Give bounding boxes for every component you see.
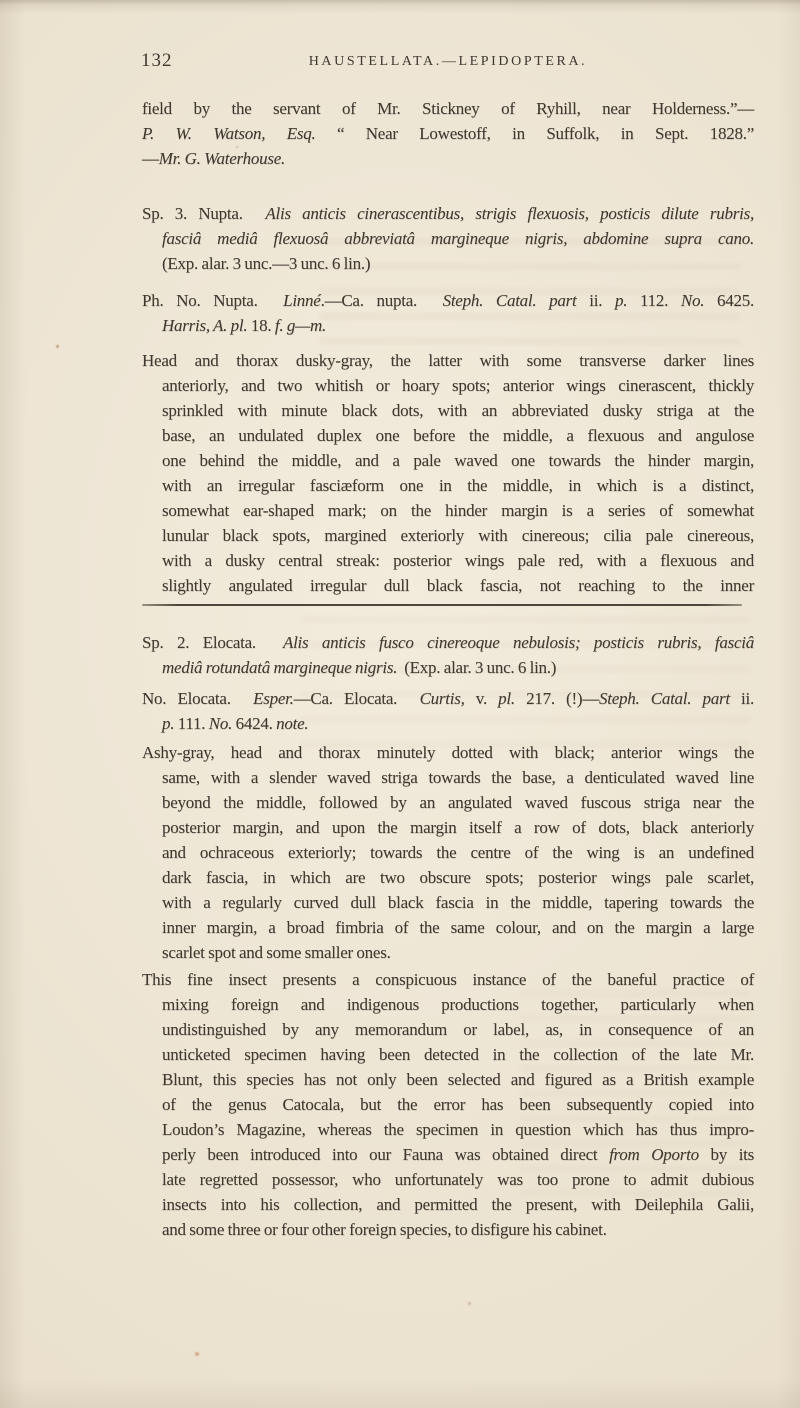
text-line: with a dusky central streak: posterior w…: [142, 548, 754, 573]
paragraph-species-2-elocata-description: Ashy-gray, head and thorax minutely dott…: [142, 740, 754, 965]
italic-text-run: mediâ rotundatâ margineque nigris.: [162, 658, 397, 677]
text-run: somewhat ear-shaped mark; on the hinder …: [162, 501, 754, 520]
text-line: undistinguished by any memorandum or lab…: [142, 1017, 754, 1042]
italic-text-run: Alis anticis fusco cinereoque nebulosis;…: [283, 633, 754, 652]
text-line: late regretted possessor, who unfortunat…: [142, 1167, 754, 1192]
text-line: unticketed specimen having been detected…: [142, 1042, 754, 1067]
italic-text-run: Mr. G. Waterhouse.: [159, 149, 285, 168]
text-run: inner margin, a broad fimbria of the sam…: [162, 918, 754, 937]
text-run: with a dusky central streak: posterior w…: [162, 551, 754, 570]
text-run: 18.: [247, 316, 275, 335]
text-line: beyond the middle, followed by an angula…: [142, 790, 754, 815]
text-line: Ashy-gray, head and thorax minutely dott…: [142, 740, 754, 765]
text-line: Loudon’s Magazine, whereas the specimen …: [142, 1117, 754, 1142]
text-run: slightly angulated irregular dull black …: [162, 576, 754, 595]
paragraph-species-2-elocata-synonymy: No. Elocata. Esper.—Ca. Elocata. Curtis,…: [142, 686, 754, 736]
italic-text-run: P. W. Watson, Esq.: [142, 124, 315, 143]
text-run: Head and thorax dusky-gray, the latter w…: [142, 351, 754, 370]
foxing-speck: [56, 345, 59, 348]
text-line: (Exp. alar. 3 unc.—3 unc. 6 lin.): [142, 251, 754, 276]
text-line: P. W. Watson, Esq. “ Near Lowestoff, in …: [142, 121, 754, 146]
text-line: No. Elocata. Esper.—Ca. Elocata. Curtis,…: [142, 686, 754, 711]
text-run: beyond the middle, followed by an angula…: [162, 793, 754, 812]
text-run: Ashy-gray, head and thorax minutely dott…: [142, 743, 754, 762]
text-run: unticketed specimen having been detected…: [162, 1045, 754, 1064]
text-line: Sp. 2. Elocata. Alis anticis fusco ciner…: [142, 630, 754, 655]
text-run: with a regularly curved dull black fasci…: [162, 893, 754, 912]
text-line: mixing foreign and indigenous production…: [142, 992, 754, 1017]
text-line: with a regularly curved dull black fasci…: [142, 890, 754, 915]
text-line: same, with a slender waved striga toward…: [142, 765, 754, 790]
text-run: Sp. 2. Elocata.: [142, 633, 283, 652]
text-run: posterior margin, and upon the margin it…: [162, 818, 754, 837]
text-run: This fine insect presents a conspicuous …: [142, 970, 754, 989]
text-run: Sp. 3. Nupta.: [142, 204, 265, 223]
text-run: .—Ca. nupta.: [321, 291, 443, 310]
section-divider: [142, 604, 742, 606]
italic-text-run: p.: [162, 714, 174, 733]
text-run: with an irregular fasciæform one in the …: [162, 476, 754, 495]
text-run: Ph. No. Nupta.: [142, 291, 283, 310]
paragraph-species-3-nupta-synonymy: Ph. No. Nupta. Linné.—Ca. nupta. Steph. …: [142, 288, 754, 338]
foxing-speck: [468, 1302, 471, 1305]
paragraph-species-2-elocata-diagnosis: Sp. 2. Elocata. Alis anticis fusco ciner…: [142, 630, 754, 680]
text-line: perly been introduced into our Fauna was…: [142, 1142, 754, 1167]
text-line: one behind the middle, and a pale waved …: [142, 448, 754, 473]
text-run: of the genus Catocala, but the error has…: [162, 1095, 754, 1114]
paragraph-species-3-nupta-description: Head and thorax dusky-gray, the latter w…: [142, 348, 754, 598]
text-line: sprinkled with minute black dots, with a…: [142, 398, 754, 423]
text-line: Ph. No. Nupta. Linné.—Ca. nupta. Steph. …: [142, 288, 754, 313]
text-run: 6425.: [704, 291, 754, 310]
text-line: scarlet spot and some smaller ones.: [142, 940, 754, 965]
italic-text-run: Steph. Catal. part: [599, 689, 730, 708]
paragraph-intro-continuation: field by the servant of Mr. Stickney of …: [142, 96, 754, 171]
text-run: anteriorly, and two whitish or hoary spo…: [162, 376, 754, 395]
running-header: HAUSTELLATA.—LEPIDOPTERA.: [142, 54, 754, 70]
italic-text-run: Steph. Catal. part: [443, 291, 577, 310]
text-line: posterior margin, and upon the margin it…: [142, 815, 754, 840]
text-line: Blunt, this species has not only been se…: [142, 1067, 754, 1092]
italic-text-run: Alis anticis cinerascentibus, strigis fl…: [265, 204, 754, 223]
text-line: insects into his collection, and permitt…: [142, 1192, 754, 1217]
text-run: scarlet spot and some smaller ones.: [162, 943, 391, 962]
text-run: —Ca. Elocata.: [294, 689, 420, 708]
text-run: 6424.: [232, 714, 276, 733]
text-run: No. Elocata.: [142, 689, 253, 708]
text-line: base, an undulated duplex one before the…: [142, 423, 754, 448]
text-run: field by the servant of Mr. Stickney of …: [142, 99, 754, 118]
text-run: same, with a slender waved striga toward…: [162, 768, 754, 787]
text-line: inner margin, a broad fimbria of the sam…: [142, 915, 754, 940]
text-line: slightly angulated irregular dull black …: [142, 573, 754, 598]
text-line: p. 111. No. 6424. note.: [142, 711, 754, 736]
text-line: and some three or four other foreign spe…: [142, 1217, 754, 1242]
italic-text-run: from Oporto: [609, 1145, 699, 1164]
text-run: 112.: [627, 291, 681, 310]
text-line: field by the servant of Mr. Stickney of …: [142, 96, 754, 121]
paragraph-species-3-nupta-diagnosis: Sp. 3. Nupta. Alis anticis cinerascentib…: [142, 201, 754, 276]
text-run: perly been introduced into our Fauna was…: [162, 1145, 609, 1164]
text-run: sprinkled with minute black dots, with a…: [162, 401, 754, 420]
text-run: lunular black spots, margined exteriorly…: [162, 526, 754, 545]
text-line: Head and thorax dusky-gray, the latter w…: [142, 348, 754, 373]
text-run: one behind the middle, and a pale waved …: [162, 451, 754, 470]
text-run: 111.: [174, 714, 209, 733]
text-run: “ Near Lowestoff, in Suffolk, in Sept. 1…: [315, 124, 754, 143]
text-run: mixing foreign and indigenous production…: [162, 995, 754, 1014]
text-line: —Mr. G. Waterhouse.: [142, 146, 754, 171]
italic-text-run: f. g—m.: [275, 316, 326, 335]
text-line: This fine insect presents a conspicuous …: [142, 967, 754, 992]
text-run: late regretted possessor, who unfortunat…: [162, 1170, 754, 1189]
italic-text-run: No.: [209, 714, 232, 733]
italic-text-run: pl.: [498, 689, 515, 708]
italic-text-run: Linné: [283, 291, 320, 310]
text-run: ii.: [730, 689, 754, 708]
text-line: and ochraceous exteriorly; towards the c…: [142, 840, 754, 865]
text-line: dark fascia, in which are two obscure sp…: [142, 865, 754, 890]
italic-text-run: note.: [276, 714, 308, 733]
italic-text-run: fasciâ mediâ flexuosâ abbreviatâ margine…: [162, 229, 754, 248]
foxing-speck: [195, 1352, 199, 1356]
text-run: Loudon’s Magazine, whereas the specimen …: [162, 1120, 754, 1139]
text-run: (Exp. alar. 3 unc. 6 lin.): [397, 658, 556, 677]
paragraph-species-2-elocata-remarks: This fine insect presents a conspicuous …: [142, 967, 754, 1242]
text-line: lunular black spots, margined exteriorly…: [142, 523, 754, 548]
italic-text-run: p.: [615, 291, 627, 310]
italic-text-run: Harris, A. pl.: [162, 316, 247, 335]
text-run: dark fascia, in which are two obscure sp…: [162, 868, 754, 887]
text-line: mediâ rotundatâ margineque nigris. (Exp.…: [142, 655, 754, 680]
text-run: Blunt, this species has not only been se…: [162, 1070, 754, 1089]
text-run: and ochraceous exteriorly; towards the c…: [162, 843, 754, 862]
text-run: undistinguished by any memorandum or lab…: [162, 1020, 754, 1039]
text-line: somewhat ear-shaped mark; on the hinder …: [142, 498, 754, 523]
text-line: of the genus Catocala, but the error has…: [142, 1092, 754, 1117]
text-line: Harris, A. pl. 18. f. g—m.: [142, 313, 754, 338]
italic-text-run: Esper.: [253, 689, 294, 708]
text-run: ii.: [577, 291, 615, 310]
text-run: v.: [465, 689, 499, 708]
text-column: field by the servant of Mr. Stickney of …: [142, 96, 754, 1242]
italic-text-run: No.: [681, 291, 704, 310]
text-line: anteriorly, and two whitish or hoary spo…: [142, 373, 754, 398]
italic-text-run: Curtis,: [420, 689, 465, 708]
text-run: insects into his collection, and permitt…: [162, 1195, 754, 1214]
text-run: base, an undulated duplex one before the…: [162, 426, 754, 445]
text-line: fasciâ mediâ flexuosâ abbreviatâ margine…: [142, 226, 754, 251]
text-line: Sp. 3. Nupta. Alis anticis cinerascentib…: [142, 201, 754, 226]
text-run: (Exp. alar. 3 unc.—3 unc. 6 lin.): [162, 254, 370, 273]
text-run: 217. (!)—: [515, 689, 599, 708]
text-line: with an irregular fasciæform one in the …: [142, 473, 754, 498]
text-run: —: [142, 149, 159, 168]
text-run: by its: [699, 1145, 754, 1164]
text-run: and some three or four other foreign spe…: [162, 1220, 607, 1239]
